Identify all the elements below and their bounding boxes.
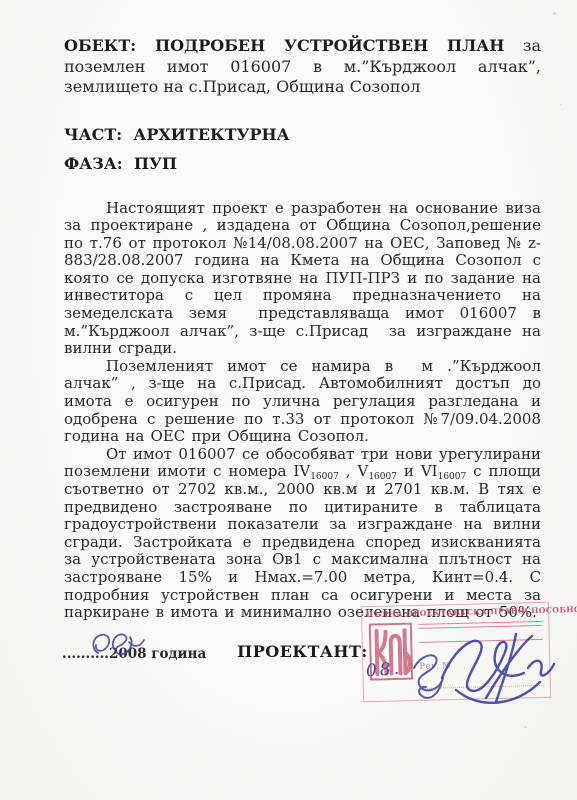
date-line: ..........2008 година [62, 646, 206, 662]
stamp-handwritten-date: 08. [365, 658, 403, 681]
scanned-document-page: ОБЕКТ: ПОДРОБЕН УСТРОЙСТВЕН ПЛАН за позе… [0, 0, 577, 800]
signature-icon [426, 626, 566, 738]
scan-speck [560, 104, 562, 106]
section-phase-heading: ФАЗА: ПУП [64, 154, 541, 173]
body-paragraph-2: Поземленият имот се намира в м .”Кърджоо… [64, 358, 541, 446]
document-body: Настоящият проект е разработен на основа… [64, 200, 541, 622]
handwritten-day-icon [84, 628, 146, 662]
stamp-line [418, 621, 542, 625]
document-content: ОБЕКТ: ПОДРОБЕН УСТРОЙСТВЕН ПЛАН за позе… [64, 36, 541, 661]
scan-speck [524, 726, 527, 728]
title-object-label: ОБЕКТ: ПОДРОБЕН УСТРОЙСТВЕН ПЛАН [64, 36, 504, 55]
body-paragraph-1: Настоящият проект е разработен на основа… [64, 200, 541, 358]
body-paragraph-3: От имот 016007 се обособяват три нови ур… [64, 446, 541, 622]
section-part-heading: ЧАСТ: АРХИТЕКТУРНА [64, 125, 541, 144]
scan-speck [553, 12, 556, 15]
document-title: ОБЕКТ: ПОДРОБЕН УСТРОЙСТВЕН ПЛАН за позе… [64, 36, 541, 98]
